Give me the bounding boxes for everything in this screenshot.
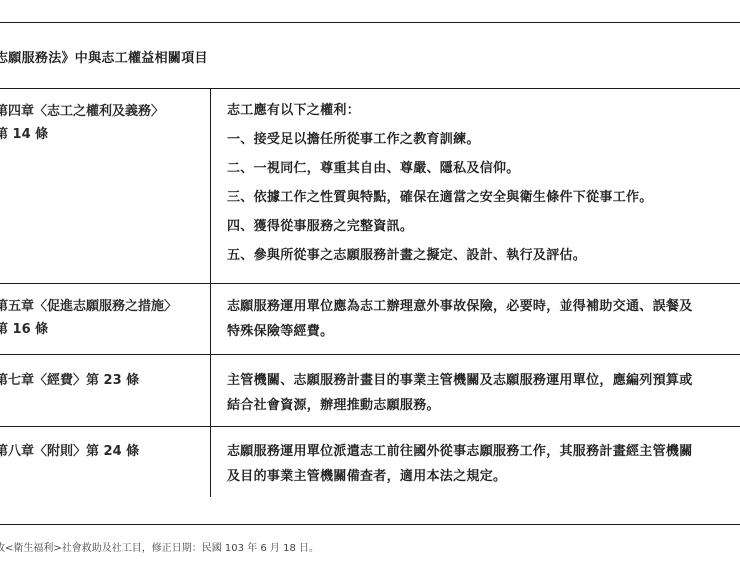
row-3-content-cell: 主管機關、志願服務計畫目的事業主管機關及志願服務運用單位，應編列預算或 結合社會… bbox=[227, 371, 740, 421]
law-table-document: 志願服務法》中與志工權益相關項目 第四章〈志工之權利及義務〉 第 14 條 志工… bbox=[0, 0, 740, 561]
row-1-content-item-3: 三、依據工作之性質與特點，確保在適當之安全與衛生條件下從事工作。 bbox=[227, 188, 740, 217]
row-1-content-item-4: 四、獲得從事服務之完整資訊。 bbox=[227, 217, 740, 246]
source-footnote: 收<衛生福利>社會救助及社工目，修正日期：民國 103 年 6 月 18 日。 bbox=[0, 539, 319, 554]
table-bottom-border bbox=[0, 524, 740, 525]
row-divider-1 bbox=[0, 283, 740, 284]
row-1-content-item-5: 五、參與所從事之志願服務計畫之擬定、設計、執行及評估。 bbox=[227, 246, 740, 275]
header-divider bbox=[0, 88, 740, 89]
row-1-article: 第 14 條 bbox=[0, 123, 195, 146]
row-divider-2 bbox=[0, 354, 740, 355]
row-2-chapter-cell: 第五章〈促進志願服務之措施〉 第 16 條 bbox=[0, 295, 195, 341]
row-4-chapter-cell: 第八章〈附則〉第 24 條 bbox=[0, 440, 195, 463]
row-4-content-cell: 志願服務運用單位派遣志工前往國外從事志願服務工作，其服務計畫經主管機關 及目的事… bbox=[227, 442, 740, 492]
row-1-chapter-cell: 第四章〈志工之權利及義務〉 第 14 條 bbox=[0, 100, 195, 146]
row-3-content-line-1: 主管機關、志願服務計畫目的事業主管機關及志願服務運用單位，應編列預算或 bbox=[227, 371, 740, 396]
row-1-content-intro: 志工應有以下之權利： bbox=[227, 101, 740, 130]
row-3-content-line-2: 結合社會資源，辦理推動志願服務。 bbox=[227, 396, 740, 421]
row-1-content-item-2: 二、一視同仁，尊重其自由、尊嚴、隱私及信仰。 bbox=[227, 159, 740, 188]
column-divider bbox=[210, 88, 211, 497]
row-divider-3 bbox=[0, 426, 740, 427]
row-2-article: 第 16 條 bbox=[0, 318, 195, 341]
row-4-content-line-1: 志願服務運用單位派遣志工前往國外從事志願服務工作，其服務計畫經主管機關 bbox=[227, 442, 740, 467]
row-1-content-cell: 志工應有以下之權利： 一、接受足以擔任所從事工作之教育訓練。 二、一視同仁，尊重… bbox=[227, 101, 740, 275]
table-top-border bbox=[0, 22, 740, 23]
row-4-content-line-2: 及目的事業主管機關備查者，適用本法之規定。 bbox=[227, 467, 740, 492]
table-title: 志願服務法》中與志工權益相關項目 bbox=[0, 47, 208, 66]
row-1-chapter: 第四章〈志工之權利及義務〉 bbox=[0, 100, 195, 123]
row-2-content-line-2: 特殊保險等經費。 bbox=[227, 322, 740, 347]
row-2-content-line-1: 志願服務運用單位應為志工辦理意外事故保險，必要時，並得補助交通、誤餐及 bbox=[227, 297, 740, 322]
row-1-content-item-1: 一、接受足以擔任所從事工作之教育訓練。 bbox=[227, 130, 740, 159]
row-3-chapter-cell: 第七章〈經費〉第 23 條 bbox=[0, 369, 195, 392]
row-3-chapter: 第七章〈經費〉第 23 條 bbox=[0, 369, 195, 392]
row-2-chapter: 第五章〈促進志願服務之措施〉 bbox=[0, 295, 195, 318]
row-4-chapter: 第八章〈附則〉第 24 條 bbox=[0, 440, 195, 463]
row-2-content-cell: 志願服務運用單位應為志工辦理意外事故保險，必要時，並得補助交通、誤餐及 特殊保險… bbox=[227, 297, 740, 347]
